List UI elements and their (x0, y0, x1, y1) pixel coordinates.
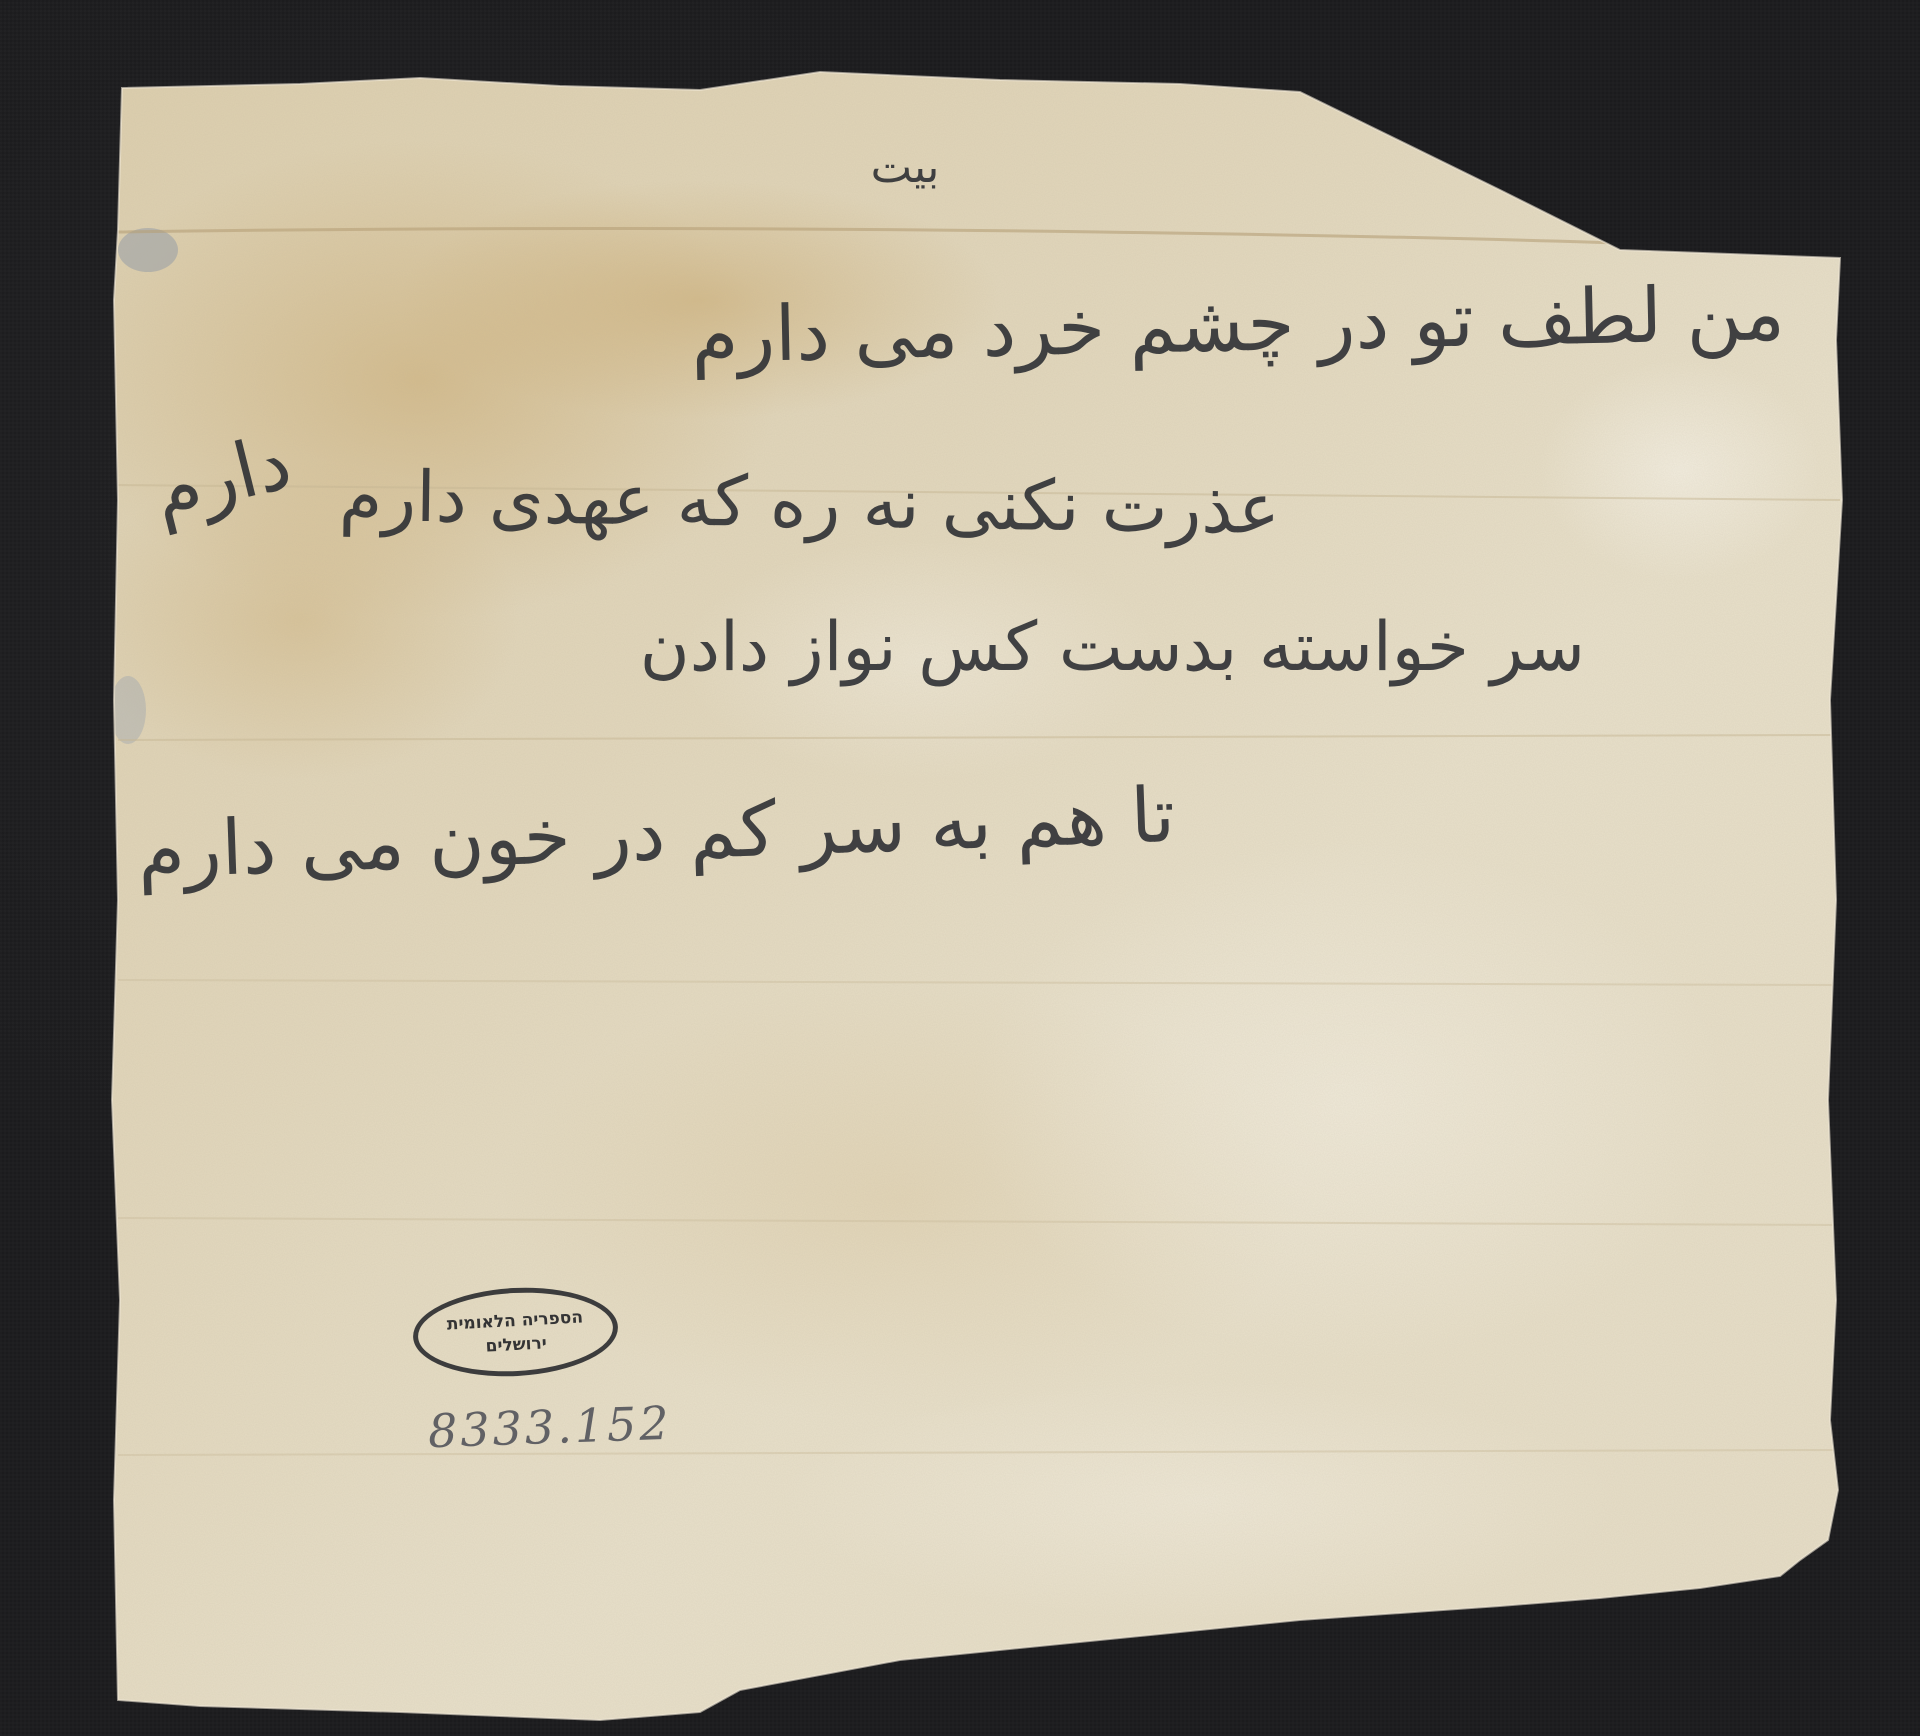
shelfmark-number: 8333.152 (427, 1396, 672, 1458)
stamp-text-top: הספריה הלאומית (446, 1307, 583, 1334)
verse-line-2: عذرت نکنی نه ره که عهدی دارم (339, 455, 1281, 550)
stamp-text-bottom: ירושלים (485, 1333, 547, 1356)
verse-line-3: سر خواسته بدست کس نواز دادن (640, 608, 1585, 687)
heading-mark: بیت (745, 142, 1065, 193)
